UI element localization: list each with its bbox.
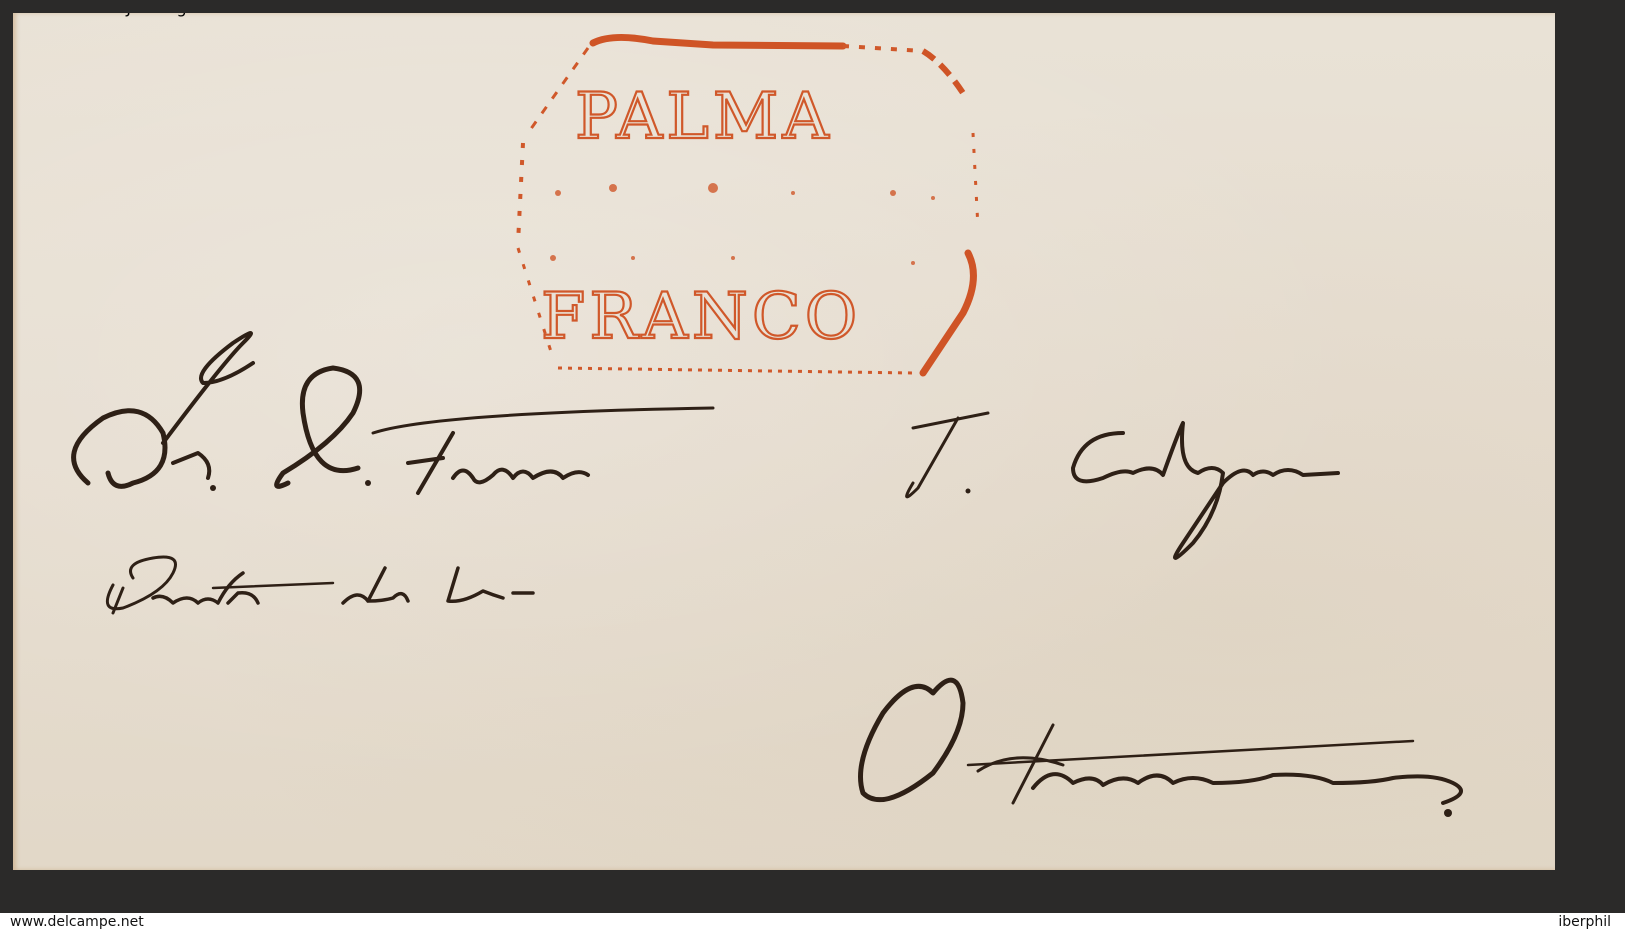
letter-artwork: PALMA FRANCO bbox=[13, 13, 1555, 870]
postmark-line-1: PALMA bbox=[575, 80, 833, 154]
address-line-3: Orotava bbox=[13, 13, 77, 17]
source-watermark-right: iberphil bbox=[1558, 914, 1611, 930]
watermark-footer: www.delcampe.net iberphil bbox=[0, 913, 1625, 933]
source-watermark-left: www.delcampe.net bbox=[10, 914, 144, 930]
letter-cover: PALMA FRANCO bbox=[13, 13, 1555, 870]
photo-frame: PALMA FRANCO bbox=[0, 0, 1625, 913]
postmark-line-3: FRANCO bbox=[541, 280, 861, 354]
postmark: PALMA FRANCO bbox=[518, 37, 978, 373]
